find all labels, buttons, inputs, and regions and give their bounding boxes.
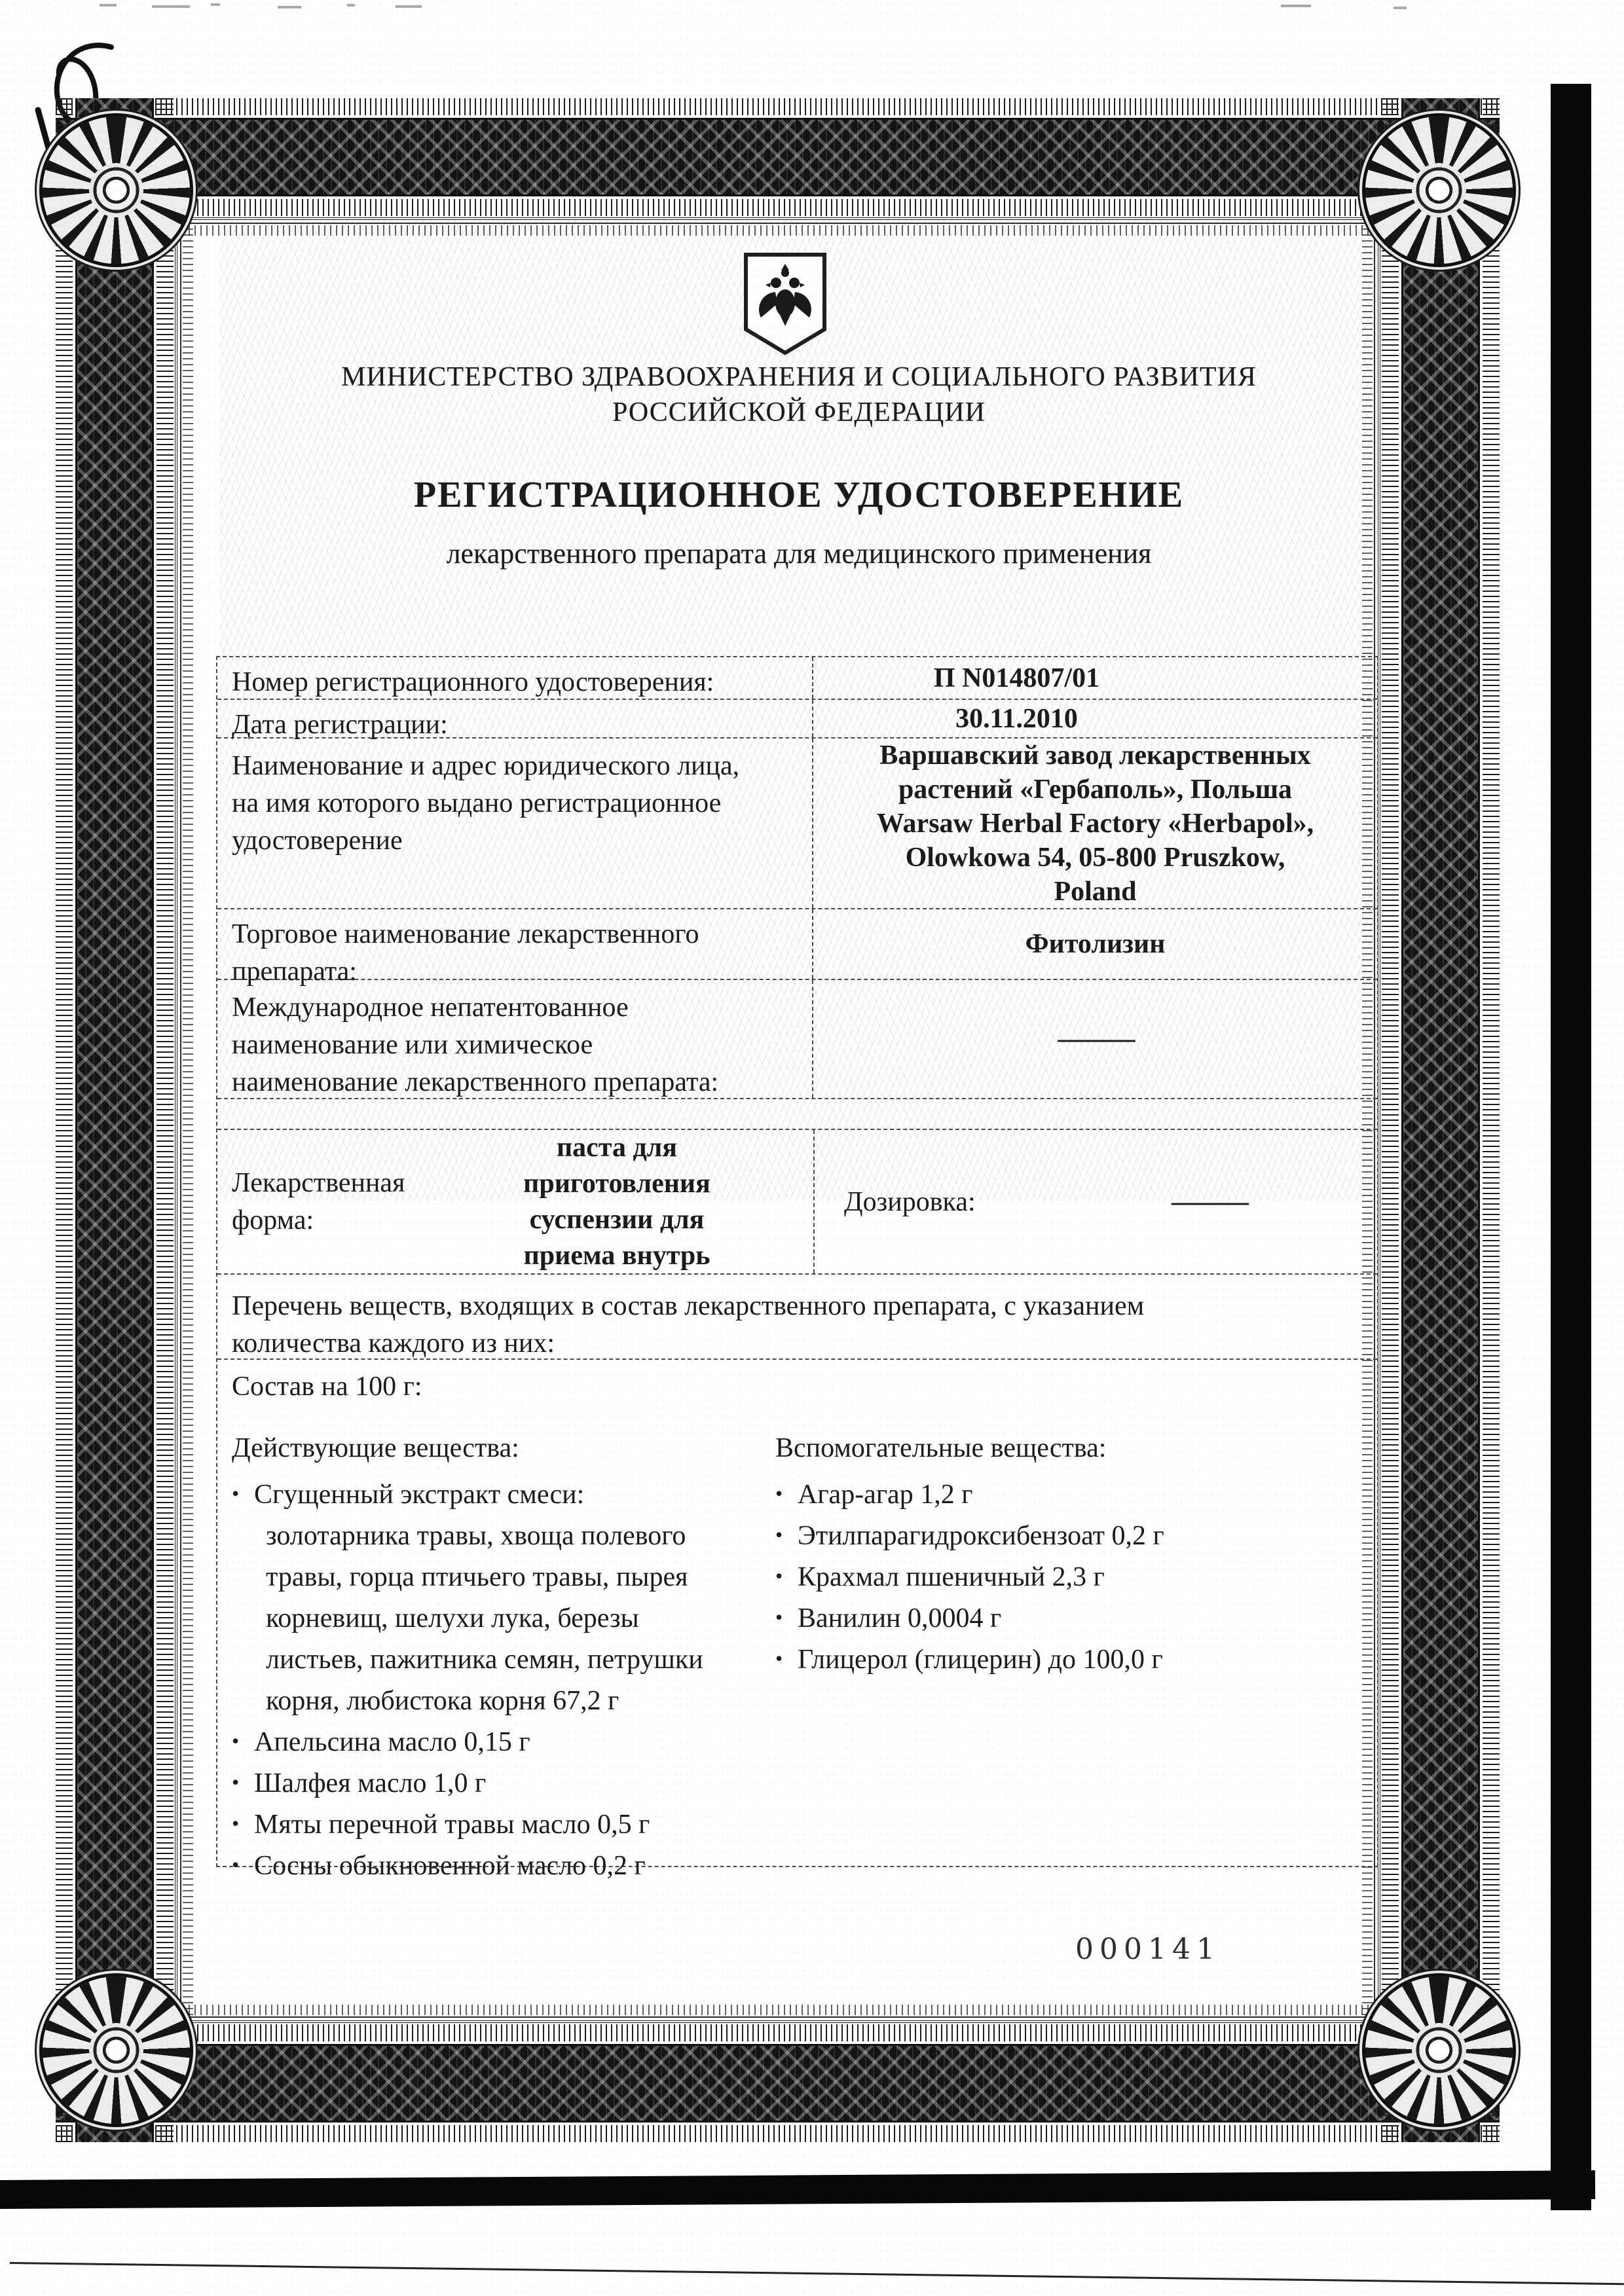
- inn-label-line: наименование или химическое: [232, 1027, 805, 1064]
- holder-label-line: удостоверение: [232, 822, 805, 860]
- excipients-header: Вспомогательные вещества:: [775, 1432, 1377, 1465]
- border-rosette-bottom-left: [43, 1977, 190, 2124]
- ingredient-line: •Шалфея масло 1,0 г: [232, 1768, 775, 1809]
- border-fringe: [56, 98, 1500, 115]
- border-strip-top: [56, 98, 1500, 216]
- border-fringe: [56, 2024, 1500, 2041]
- border-inner-fringe: [183, 225, 1373, 236]
- pencil-dash: [396, 5, 422, 8]
- bullet-icon: •: [775, 1479, 798, 1506]
- table-spacer-row: [217, 1099, 1377, 1130]
- ingredient-text: Ванилин 0,0004 г: [798, 1603, 1001, 1634]
- table-row-reg-number: Номер регистрационного удостоверения: П …: [217, 657, 1377, 700]
- holder-value: Варшавский завод лекарственных растений …: [812, 738, 1377, 908]
- pencil-dash: [211, 3, 220, 6]
- bullet-icon: •: [232, 1850, 254, 1877]
- border-strip-right: [1382, 98, 1500, 2142]
- reg-number-value: П N014807/01: [812, 657, 1377, 699]
- ingredient-line: корня, любистока корня 67,2 г: [266, 1685, 775, 1726]
- border-fringe: [1382, 98, 1399, 2142]
- bullet-icon: •: [775, 1520, 798, 1547]
- active-substances-header: Действующие вещества:: [232, 1432, 775, 1465]
- border-pattern-band: [75, 98, 154, 2142]
- bullet-icon: •: [232, 1479, 254, 1506]
- ingredient-line: травы, горца птичьего травы, пырея: [266, 1561, 775, 1603]
- ministry-name-line2: РОССИЙСКОЙ ФЕДЕРАЦИИ: [219, 397, 1378, 428]
- ingredient-text: Шалфея масло 1,0 г: [254, 1768, 486, 1799]
- border-fringe: [56, 98, 73, 2142]
- bullet-icon: •: [775, 1644, 798, 1671]
- inn-value: ———: [812, 980, 1377, 1098]
- border-strip-bottom: [56, 2024, 1500, 2142]
- ingredient-text: Апельсина масло 0,15 г: [254, 1726, 530, 1758]
- dosage-form-value-line: приема внутрь: [420, 1238, 813, 1274]
- scan-artifact-bottom-line: [10, 2262, 1624, 2285]
- holder-value-line: растений «Гербаполь», Польша: [813, 773, 1377, 807]
- ingredient-text: Сгущенный экстракт смеси:: [254, 1479, 584, 1510]
- reg-number-label: Номер регистрационного удостоверения:: [217, 657, 812, 699]
- ingredient-line: корневищ, шелухи лука, березы: [266, 1603, 775, 1644]
- reg-date-text: 30.11.2010: [813, 702, 1220, 736]
- holder-value-line: Варшавский завод лекарственных: [813, 738, 1377, 773]
- table-row-inn: Международное непатентованное наименован…: [217, 980, 1377, 1099]
- dosage-label: Дозировка:: [844, 1186, 976, 1218]
- border-fringe: [157, 98, 174, 2142]
- dosage-dash: ———: [1172, 1186, 1246, 1218]
- registration-table: Номер регистрационного удостоверения: П …: [216, 656, 1378, 1867]
- reg-date-label: Дата регистрации:: [217, 700, 812, 737]
- ingredient-line: •Апельсина масло 0,15 г: [232, 1726, 775, 1768]
- dosage-form-label-line: Лекарственная: [232, 1165, 420, 1202]
- ingredient-line: •Мяты перечной травы масло 0,5 г: [232, 1809, 775, 1850]
- ingredient-line: •Сгущенный экстракт смеси:: [232, 1479, 775, 1520]
- scan-artifact-right-band: [1551, 84, 1591, 2210]
- dosage-form-label-line: форма:: [232, 1202, 420, 1239]
- trade-name-label-line: Торговое наименование лекарственного: [232, 916, 805, 953]
- ingredient-line: золотарника травы, хвоща полевого: [266, 1520, 775, 1561]
- pencil-dash: [278, 6, 301, 9]
- holder-label: Наименование и адрес юридического лица, …: [217, 738, 812, 908]
- document-title: РЕГИСТРАЦИОННОЕ УДОСТОВЕРЕНИЕ: [219, 474, 1378, 516]
- ingredient-text: корня, любистока корня 67,2 г: [266, 1685, 619, 1717]
- ingredient-text: Глицерол (глицерин) до 100,0 г: [798, 1644, 1163, 1675]
- border-inner-fringe: [183, 2005, 1373, 2015]
- ingredient-text: корневищ, шелухи лука, березы: [266, 1603, 639, 1634]
- ingredient-text: Этилпарагидроксибензоат 0,2 г: [798, 1520, 1164, 1552]
- border-fringe: [56, 2125, 1500, 2142]
- pencil-dash: [100, 4, 117, 7]
- composition-basis: Состав на 100 г:: [232, 1370, 1377, 1403]
- border-rosette-bottom-right: [1365, 1977, 1513, 2124]
- pencil-dash: [347, 4, 355, 7]
- certificate-scan-page: МИНИСТЕРСТВО ЗДРАВООХРАНЕНИЯ И СОЦИАЛЬНО…: [0, 0, 1624, 2296]
- ingredient-line: •Этилпарагидроксибензоат 0,2 г: [775, 1520, 1377, 1561]
- ingredient-line: •Глицерол (глицерин) до 100,0 г: [775, 1644, 1377, 1685]
- bullet-icon: •: [232, 1809, 254, 1836]
- dosage-form-value-line: паста для: [420, 1130, 813, 1166]
- ingredient-text: Сосны обыкновенной масло 0,2 г: [254, 1850, 646, 1882]
- pencil-dash: [1281, 5, 1311, 7]
- ingredient-text: листьев, пажитника семян, петрушки: [266, 1644, 703, 1675]
- inn-label: Международное непатентованное наименован…: [217, 980, 812, 1098]
- dosage-form-value-line: приготовления: [420, 1166, 813, 1202]
- dosage-form-value-line: суспензии для: [420, 1202, 813, 1238]
- bullet-icon: •: [232, 1768, 254, 1795]
- table-row-holder: Наименование и адрес юридического лица, …: [217, 738, 1377, 909]
- trade-name-value: Фитолизин: [812, 909, 1377, 979]
- border-inner-fringe: [183, 225, 193, 2015]
- border-fringe: [1483, 98, 1500, 2142]
- dosage-form-value: паста для приготовления суспензии для пр…: [420, 1130, 813, 1274]
- holder-value-line: Olowkowa 54, 05-800 Pruszkow,: [813, 841, 1377, 875]
- inn-dash: ———: [813, 1022, 1377, 1056]
- border-rosette-top-left: [43, 117, 190, 264]
- trade-name-text: Фитолизин: [813, 927, 1377, 961]
- border-pattern-band: [56, 118, 1500, 196]
- ministry-name-line1: МИНИСТЕРСТВО ЗДРАВООХРАНЕНИЯ И СОЦИАЛЬНО…: [219, 361, 1378, 393]
- ingredient-text: Агар-агар 1,2 г: [798, 1479, 972, 1510]
- pencil-dash: [1393, 7, 1407, 9]
- dosage-cell: Дозировка: ———: [813, 1130, 1377, 1273]
- border-fringe: [56, 199, 1500, 216]
- table-row-composition-intro: Перечень веществ, входящих в состав лека…: [217, 1275, 1377, 1360]
- dosage-form-label: Лекарственная форма:: [217, 1165, 420, 1239]
- inn-label-line: наименование лекарственного препарата:: [232, 1064, 805, 1101]
- table-row-dosage-form: Лекарственная форма: паста для приготовл…: [217, 1130, 1377, 1275]
- reg-number-text: П N014807/01: [813, 661, 1220, 695]
- border-strip-left: [56, 98, 174, 2142]
- composition-intro-line: Перечень веществ, входящих в состав лека…: [232, 1288, 1377, 1325]
- border-rosette-top-right: [1365, 117, 1513, 264]
- ingredient-text: травы, горца птичьего травы, пырея: [266, 1561, 688, 1593]
- table-row-trade-name: Торговое наименование лекарственного пре…: [217, 909, 1377, 980]
- bullet-icon: •: [775, 1603, 798, 1630]
- ingredient-line: листьев, пажитника семян, петрушки: [266, 1644, 775, 1685]
- ingredient-line: •Агар-агар 1,2 г: [775, 1479, 1377, 1520]
- composition-intro-line: количества каждого из них:: [232, 1325, 1377, 1362]
- ingredient-line: •Крахмал пшеничный 2,3 г: [775, 1561, 1377, 1603]
- ingredient-text: Крахмал пшеничный 2,3 г: [798, 1561, 1105, 1593]
- active-substances-column: Действующие вещества: •Сгущенный экстрак…: [232, 1432, 775, 1891]
- holder-value-line: Poland: [813, 875, 1377, 909]
- trade-name-label: Торговое наименование лекарственного пре…: [217, 909, 812, 979]
- border-pattern-band: [56, 2044, 1500, 2123]
- table-row-composition: Состав на 100 г: Действующие вещества: •…: [217, 1360, 1377, 1866]
- pencil-dash: [152, 5, 190, 8]
- holder-label-line: на имя которого выдано регистрационное: [232, 785, 805, 822]
- bullet-icon: •: [775, 1561, 798, 1588]
- inn-label-line: Международное непатентованное: [232, 989, 805, 1027]
- border-pattern-band: [1401, 98, 1480, 2142]
- serial-number: 000141: [1075, 1933, 1221, 1966]
- ingredient-line: •Ванилин 0,0004 г: [775, 1603, 1377, 1644]
- holder-value-line: Warsaw Herbal Factory «Herbapol»,: [813, 807, 1377, 841]
- holder-label-line: Наименование и адрес юридического лица,: [232, 748, 805, 785]
- ingredient-line: •Сосны обыкновенной масло 0,2 г: [232, 1850, 775, 1891]
- table-row-reg-date: Дата регистрации: 30.11.2010: [217, 700, 1377, 738]
- ingredient-text: Мяты перечной травы масло 0,5 г: [254, 1809, 650, 1840]
- scan-artifact-bottom-band: [0, 2170, 1595, 2209]
- coat-of-arms-icon: [743, 251, 828, 356]
- bullet-icon: •: [232, 1726, 254, 1753]
- document-subtitle: лекарственного препарата для медицинског…: [219, 537, 1378, 570]
- excipients-column: Вспомогательные вещества: •Агар-агар 1,2…: [775, 1432, 1377, 1891]
- reg-date-value: 30.11.2010: [812, 700, 1377, 737]
- composition-columns: Действующие вещества: •Сгущенный экстрак…: [232, 1432, 1377, 1891]
- ingredient-text: золотарника травы, хвоща полевого: [266, 1520, 686, 1552]
